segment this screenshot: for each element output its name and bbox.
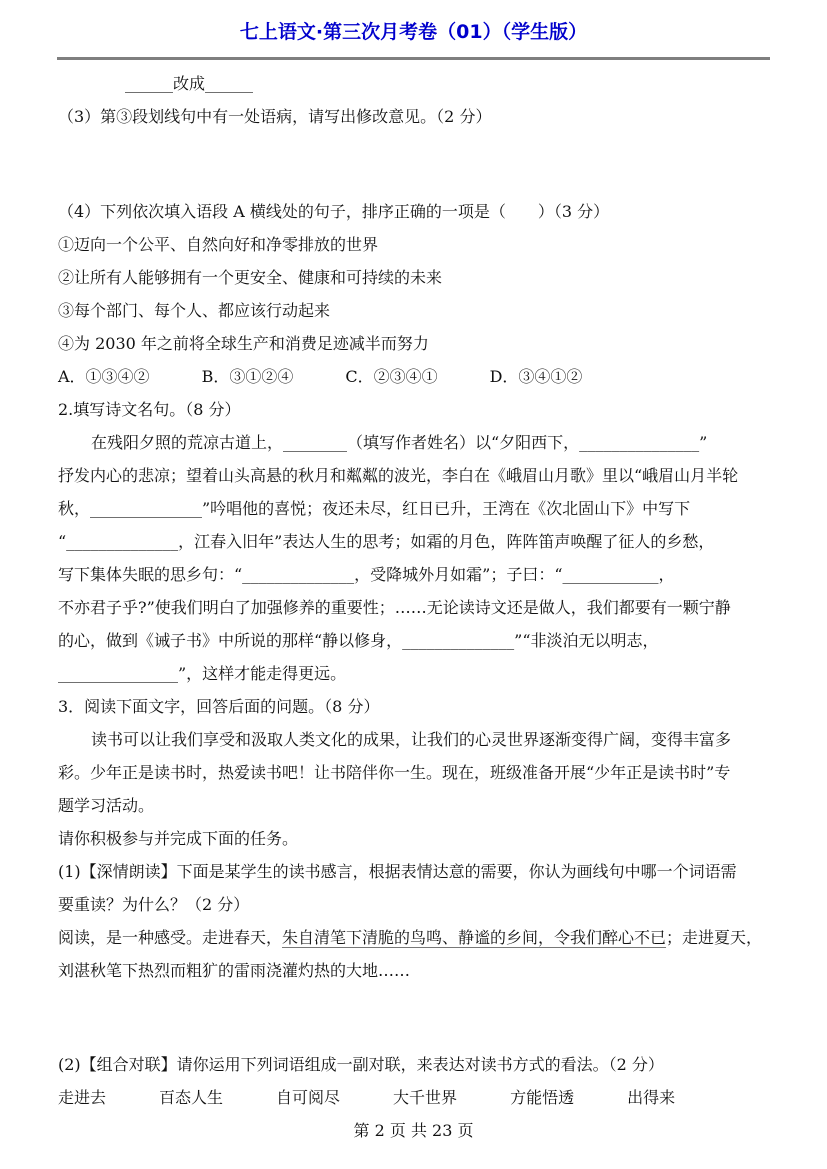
sentence-item-4: ④为 2030 年之前将全球生产和消费足迹减半而努力 — [58, 327, 770, 360]
question-3-intro-3: 题学习活动。 — [58, 789, 770, 822]
option-d: D．③④①② — [490, 360, 583, 393]
question-1-sub3: （3）第③段划线句中有一处语病，请写出修改意见。（2 分） — [58, 100, 770, 133]
quote-pre-text: 阅读，是一种感受。走进春天， — [58, 928, 282, 947]
question-2-line-1: 在残阳夕照的荒凉古道上，________（填写作者姓名）以“夕阳西下，_____… — [58, 426, 770, 459]
question-1-sub4-stem: （4）下列依次填入语段 A 横线处的句子，排序正确的一项是（ ）（3 分） — [58, 195, 770, 228]
question-3-title: 3．阅读下面文字，回答后面的问题。（8 分） — [58, 690, 770, 723]
task1-stem-line-2: 要重读？为什么？（2 分） — [58, 888, 770, 921]
question-1-sub4-options: A．①③④② B．③①②④ C．②③④① D．③④①② — [58, 360, 770, 393]
question-2-line-6: 不亦君子乎?”使我们明白了加强修养的重要性；……无论读诗文还是做人，我们都要有一… — [58, 591, 770, 624]
sentence-item-2: ②让所有人能够拥有一个更安全、健康和可持续的未来 — [58, 261, 770, 294]
option-c: C．②③④① — [345, 360, 437, 393]
question-3-intro-2: 彩。少年正是读书时，热爱读书吧！让书陪伴你一生。现在，班级准备开展“少年正是读书… — [58, 756, 770, 789]
quote-post-text: ；走进夏天， — [666, 928, 762, 947]
sentence-item-1: ①迈向一个公平、自然向好和净零排放的世界 — [58, 228, 770, 261]
question-2-line-3: 秋，______________”吟唱他的喜悦；夜还未尽，红日已升，王湾在《次北… — [58, 492, 770, 525]
question-2-line-2: 抒发内心的悲凉；望着山头高悬的秋月和粼粼的波光，李白在《峨眉山月歌》里以“峨眉山… — [58, 459, 770, 492]
document-title: 七上语文·第三次月考卷（01）（学生版） — [0, 20, 827, 45]
page-number: 第 2 页 共 23 页 — [354, 1121, 474, 1140]
word-4: 大千世界 — [393, 1081, 457, 1114]
page-footer: 第 2 页 共 23 页 — [0, 1114, 827, 1147]
option-a: A．①③④② — [58, 360, 150, 393]
question-2-line-5: 写下集体失眠的思乡句：“______________，受降城外月如霜”；子曰：“… — [58, 558, 770, 591]
task2-word-bank: 走进去 百态人生 自可阅尽 大千世界 方能悟透 出得来 — [58, 1081, 770, 1114]
word-3: 自可阅尽 — [276, 1081, 340, 1114]
task1-stem-line-1: (1)【深情朗读】下面是某学生的读书感言，根据表情达意的需要，你认为画线句中哪一… — [58, 855, 770, 888]
word-1: 走进去 — [58, 1081, 106, 1114]
question-2-line-4: “______________，江春入旧年”表达人生的思考；如霜的月色，阵阵笛声… — [58, 525, 770, 558]
question-2-line-7: 的心，做到《诫子书》中所说的那样“静以修身，______________”“非淡… — [58, 624, 770, 657]
word-6: 出得来 — [627, 1081, 675, 1114]
header-divider — [57, 57, 770, 60]
question-2-title: 2.填写诗文名句。（8 分） — [58, 393, 770, 426]
word-2: 百态人生 — [159, 1081, 223, 1114]
document-page: 七上语文·第三次月考卷（01）（学生版） ______改成______ （3）第… — [0, 0, 827, 1169]
page-header: 七上语文·第三次月考卷（01）（学生版） — [0, 0, 827, 45]
fill-in-change-line: ______改成______ — [58, 67, 770, 100]
answer-space-1 — [58, 133, 770, 195]
page-content: ______改成______ （3）第③段划线句中有一处语病，请写出修改意见。（… — [0, 67, 827, 1114]
question-3-intro-1: 读书可以让我们享受和汲取人类文化的成果，让我们的心灵世界逐渐变得广阔，变得丰富多 — [58, 723, 770, 756]
task2-stem: (2)【组合对联】请你运用下列词语组成一副对联，来表达对读书方式的看法。（2 分… — [58, 1048, 770, 1081]
sentence-item-3: ③每个部门、每个人、都应该行动起来 — [58, 294, 770, 327]
quote-underlined-text: 朱自清笔下清脆的鸟鸣、静谧的乡间，令我们醉心不已 — [282, 928, 666, 947]
answer-space-2 — [58, 987, 770, 1048]
question-3-task-line: 请你积极参与并完成下面的任务。 — [58, 822, 770, 855]
option-b: B．③①②④ — [202, 360, 294, 393]
word-5: 方能悟透 — [510, 1081, 574, 1114]
task1-quote-line-2: 刘湛秋笔下热烈而粗犷的雷雨浇灌灼热的大地…… — [58, 954, 770, 987]
question-2-line-8: _______________”，这样才能走得更远。 — [58, 657, 770, 690]
task1-quote-line-1: 阅读，是一种感受。走进春天，朱自清笔下清脆的鸟鸣、静谧的乡间，令我们醉心不已；走… — [58, 921, 770, 954]
